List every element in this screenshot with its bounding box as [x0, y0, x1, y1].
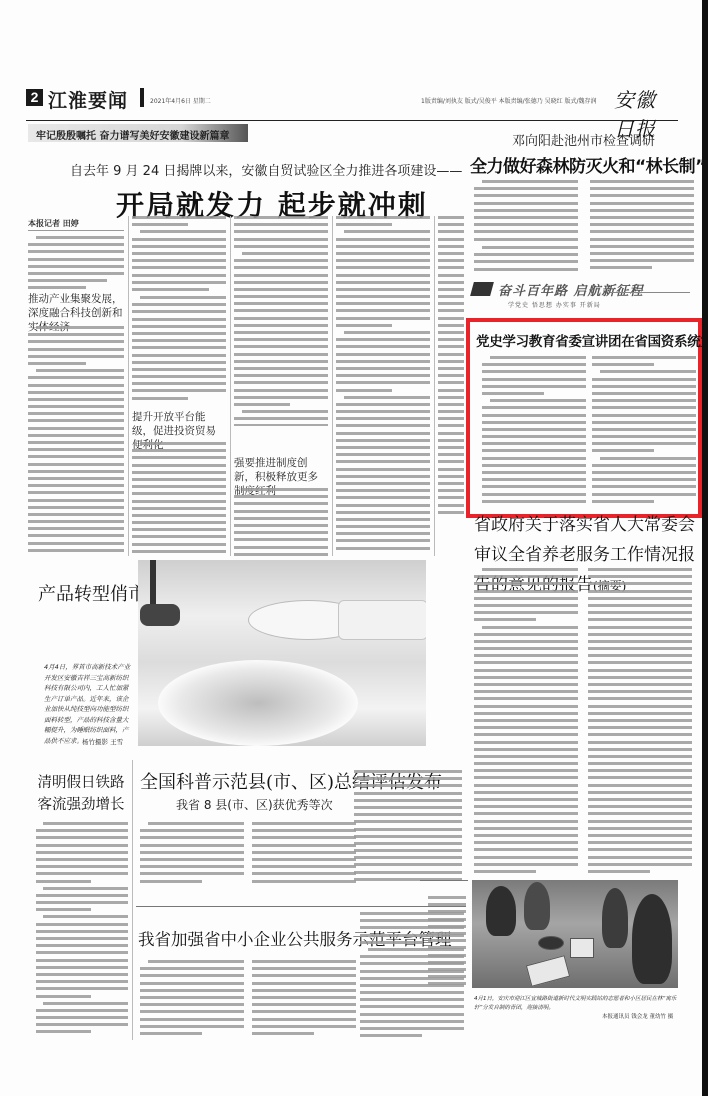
- column-rule: [230, 216, 231, 556]
- community-photo-caption: 4月1日，安庆市迎江区宜城路街道新时代文明实践站的志愿者和小区居民在林“寓乐轩”…: [474, 995, 680, 1013]
- photo-tray: [526, 955, 570, 987]
- photo-person: [602, 888, 628, 948]
- scipop-body-col2: [252, 822, 356, 886]
- column-rule: [332, 216, 333, 556]
- forest-story-kicker: 邓向阳赴池州市检查调研: [512, 130, 655, 149]
- masthead: 2 江淮要闻 2021年4月6日 星期二 1版责编/刘执友 版式/吴俊平 本版责…: [26, 86, 676, 116]
- lead-story-body-col2-a: [132, 216, 226, 296]
- editor-credits: 1版责编/刘执友 版式/吴俊平 本版责编/张德乃 吴晓红 版式/魏存润: [421, 96, 597, 105]
- section-divider: [140, 88, 144, 107]
- lead-story-body-col2-c: [132, 442, 226, 556]
- lead-story-kicker: 自去年 9 月 24 日揭牌以来，安徽自贸试验区全力推进各项建设——: [70, 160, 410, 179]
- lead-story-body-col3-a: [234, 216, 328, 426]
- lead-story-byline: 本报记者 田婷: [28, 218, 79, 229]
- column-banner-title: 奋斗百年路 启航新征程: [498, 280, 644, 299]
- lead-story-body-col5: [438, 216, 464, 556]
- photo-person: [524, 882, 550, 930]
- qingming-story-body: [36, 822, 128, 1038]
- byline-rule: [28, 230, 124, 231]
- column-rule: [128, 216, 129, 556]
- lead-story-body-col1-a: [28, 236, 124, 292]
- highlighted-story-headline[interactable]: 党史学习教育省委宣讲团在省国资系统宣讲: [476, 330, 708, 350]
- column-rule: [434, 216, 435, 556]
- photo-tray: [570, 938, 594, 958]
- forest-story-body-col1b: [474, 246, 578, 274]
- pension-report-body-col1: [474, 568, 578, 878]
- photo-pan: [538, 936, 564, 950]
- highlighted-story-box[interactable]: 党史学习教育省委宣讲团在省国资系统宣讲: [466, 318, 702, 518]
- lead-story-body-col1-b: [28, 326, 124, 558]
- page-number: 2: [26, 89, 43, 106]
- topic-banner-label: 牢记殷殷嘱托 奋力谱写美好安徽建设新篇章: [36, 127, 229, 142]
- scipop-story-subtitle: 我省 8 县(市、区)获优秀等次: [176, 796, 333, 813]
- community-photo[interactable]: [472, 880, 678, 988]
- flag-icon: [470, 282, 494, 296]
- scipop-body-col3: [354, 770, 462, 886]
- highlighted-story-body-col1: [482, 356, 586, 512]
- issue-date: 2021年4月6日 星期二: [150, 96, 211, 105]
- page-edge: [702, 0, 708, 1096]
- scipop-body-col1: [140, 822, 244, 886]
- section-rule: [136, 906, 466, 907]
- lead-story-body-col4: [336, 216, 430, 556]
- qingming-story-headline[interactable]: 清明假日铁路客流强劲增长: [36, 772, 126, 816]
- forest-story-body-col2: [590, 180, 694, 272]
- section-rule: [420, 880, 468, 881]
- column-banner: 奋斗百年路 启航新征程 学党史 悟思想 办实事 开新局: [472, 282, 702, 316]
- masthead-rule: [26, 120, 678, 121]
- forest-story-headline[interactable]: 全力做好森林防灭火和“林长制”改革工作: [470, 152, 708, 177]
- lead-story-body-col3-b: [234, 488, 328, 556]
- photo-worker: [140, 604, 180, 626]
- photo-person: [486, 886, 516, 936]
- photo-person: [632, 894, 672, 984]
- highlighted-story-body-col2: [592, 356, 696, 512]
- topic-banner: 牢记殷殷嘱托 奋力谱写美好安徽建设新篇章: [28, 124, 248, 142]
- lead-story-body-col2-b: [132, 296, 226, 408]
- pension-report-body-col2: [588, 568, 692, 878]
- sme-body-col1: [140, 960, 244, 1040]
- photo-fabric-roll: [338, 600, 426, 640]
- section-name: 江淮要闻: [48, 86, 128, 113]
- column-banner-subtitle: 学党史 悟思想 办实事 开新局: [508, 300, 601, 309]
- forest-story-body-col1: [474, 180, 578, 244]
- product-photo-caption: 4月4日，界首市高新技术产业开发区安徽吉祥三宝高新纺织科技有限公司内，工人忙加紧…: [44, 662, 132, 746]
- product-photo[interactable]: [138, 560, 426, 746]
- sme-body-col2: [252, 960, 356, 1040]
- pension-report-tail: [428, 896, 466, 992]
- product-photo-credit: 杨竹摄影 王雪: [82, 737, 123, 746]
- photo-fabric-roll: [158, 660, 358, 746]
- community-photo-credit: 本报通讯员 钱会龙 董幼竹 摄: [602, 1012, 673, 1020]
- column-banner-rule: [610, 292, 690, 293]
- newspaper-page: 2 江淮要闻 2021年4月6日 星期二 1版责编/刘执友 版式/吴俊平 本版责…: [0, 0, 708, 1096]
- column-rule: [132, 760, 133, 1040]
